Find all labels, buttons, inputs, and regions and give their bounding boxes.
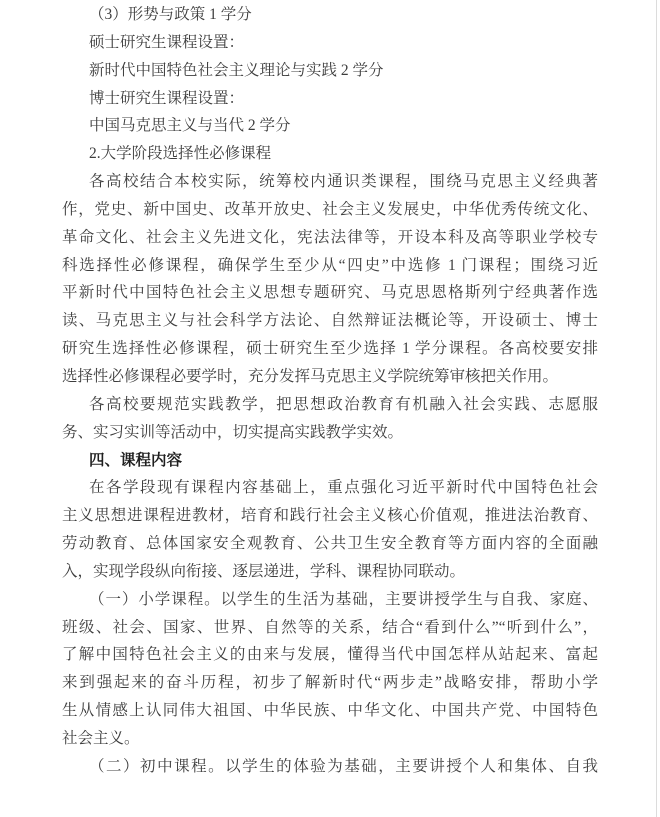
text-line: 各高校结合本校实际，统筹校内通识类课程，围绕马克思主义经典著 <box>62 168 598 196</box>
text-line: 平新时代中国特色社会主义思想专题研究、马克思恩格斯列宁经典著作选 <box>62 279 598 307</box>
text-line: （一）小学课程。以学生的生活为基础，主要讲授学生与自我、家庭、 <box>62 586 598 614</box>
text-line: 科选择性必修课程，确保学生至少从“四史”中选修 1 门课程；围绕习近 <box>62 252 598 280</box>
document-page: （3）形势与政策 1 学分硕士研究生课程设置：新时代中国特色社会主义理论与实践 … <box>0 0 660 817</box>
text-line: 博士研究生课程设置： <box>62 85 598 113</box>
text-line: （3）形势与政策 1 学分 <box>62 1 598 29</box>
text-line: 选择性必修课程必要学时，充分发挥马克思主义学院统筹审核把关作用。 <box>62 363 598 391</box>
text-line: 在各学段现有课程内容基础上，重点强化习近平新时代中国特色社会 <box>62 474 598 502</box>
text-line: 作，党史、新中国史、改革开放史、社会主义发展史，中华优秀传统文化、 <box>62 196 598 224</box>
text-line: 各高校要规范实践教学，把思想政治教育有机融入社会实践、志愿服 <box>62 391 598 419</box>
text-line: 入，实现学段纵向衔接、逐层递进，学科、课程协同联动。 <box>62 558 598 586</box>
text-line: 硕士研究生课程设置： <box>62 29 598 57</box>
page-edge-line <box>656 0 657 817</box>
text-line: 读、马克思主义与社会科学方法论、自然辩证法概论等，开设硕士、博士 <box>62 307 598 335</box>
document-body: （3）形势与政策 1 学分硕士研究生课程设置：新时代中国特色社会主义理论与实践 … <box>62 1 598 781</box>
text-line: 革命文化、社会主义先进文化，宪法法律等，开设本科及高等职业学校专 <box>62 224 598 252</box>
text-line: 班级、社会、国家、世界、自然等的关系，结合“看到什么”“听到什么”， <box>62 614 598 642</box>
text-line: 主义思想进课程进教材，培育和践行社会主义核心价值观，推进法治教育、 <box>62 502 598 530</box>
text-line: 务、实习实训等活动中，切实提高实践教学实效。 <box>62 419 598 447</box>
text-line: 了解中国特色社会主义的由来与发展，懂得当代中国怎样从站起来、富起 <box>62 641 598 669</box>
text-line: 来到强起来的奋斗历程，初步了解新时代“两步走”战略安排，帮助小学 <box>62 669 598 697</box>
text-line: （二）初中课程。以学生的体验为基础，主要讲授个人和集体、自我 <box>62 753 598 781</box>
text-line: 中国马克思主义与当代 2 学分 <box>62 112 598 140</box>
section-heading: 四、课程内容 <box>62 447 598 475</box>
text-line: 新时代中国特色社会主义理论与实践 2 学分 <box>62 57 598 85</box>
text-line: 生从情感上认同伟大祖国、中华民族、中华文化、中国共产党、中国特色 <box>62 697 598 725</box>
text-line: 2.大学阶段选择性必修课程 <box>62 140 598 168</box>
text-line: 劳动教育、总体国家安全观教育、公共卫生安全教育等方面内容的全面融 <box>62 530 598 558</box>
text-line: 社会主义。 <box>62 725 598 753</box>
text-line: 研究生选择性必修课程，硕士研究生至少选择 1 学分课程。各高校要安排 <box>62 335 598 363</box>
